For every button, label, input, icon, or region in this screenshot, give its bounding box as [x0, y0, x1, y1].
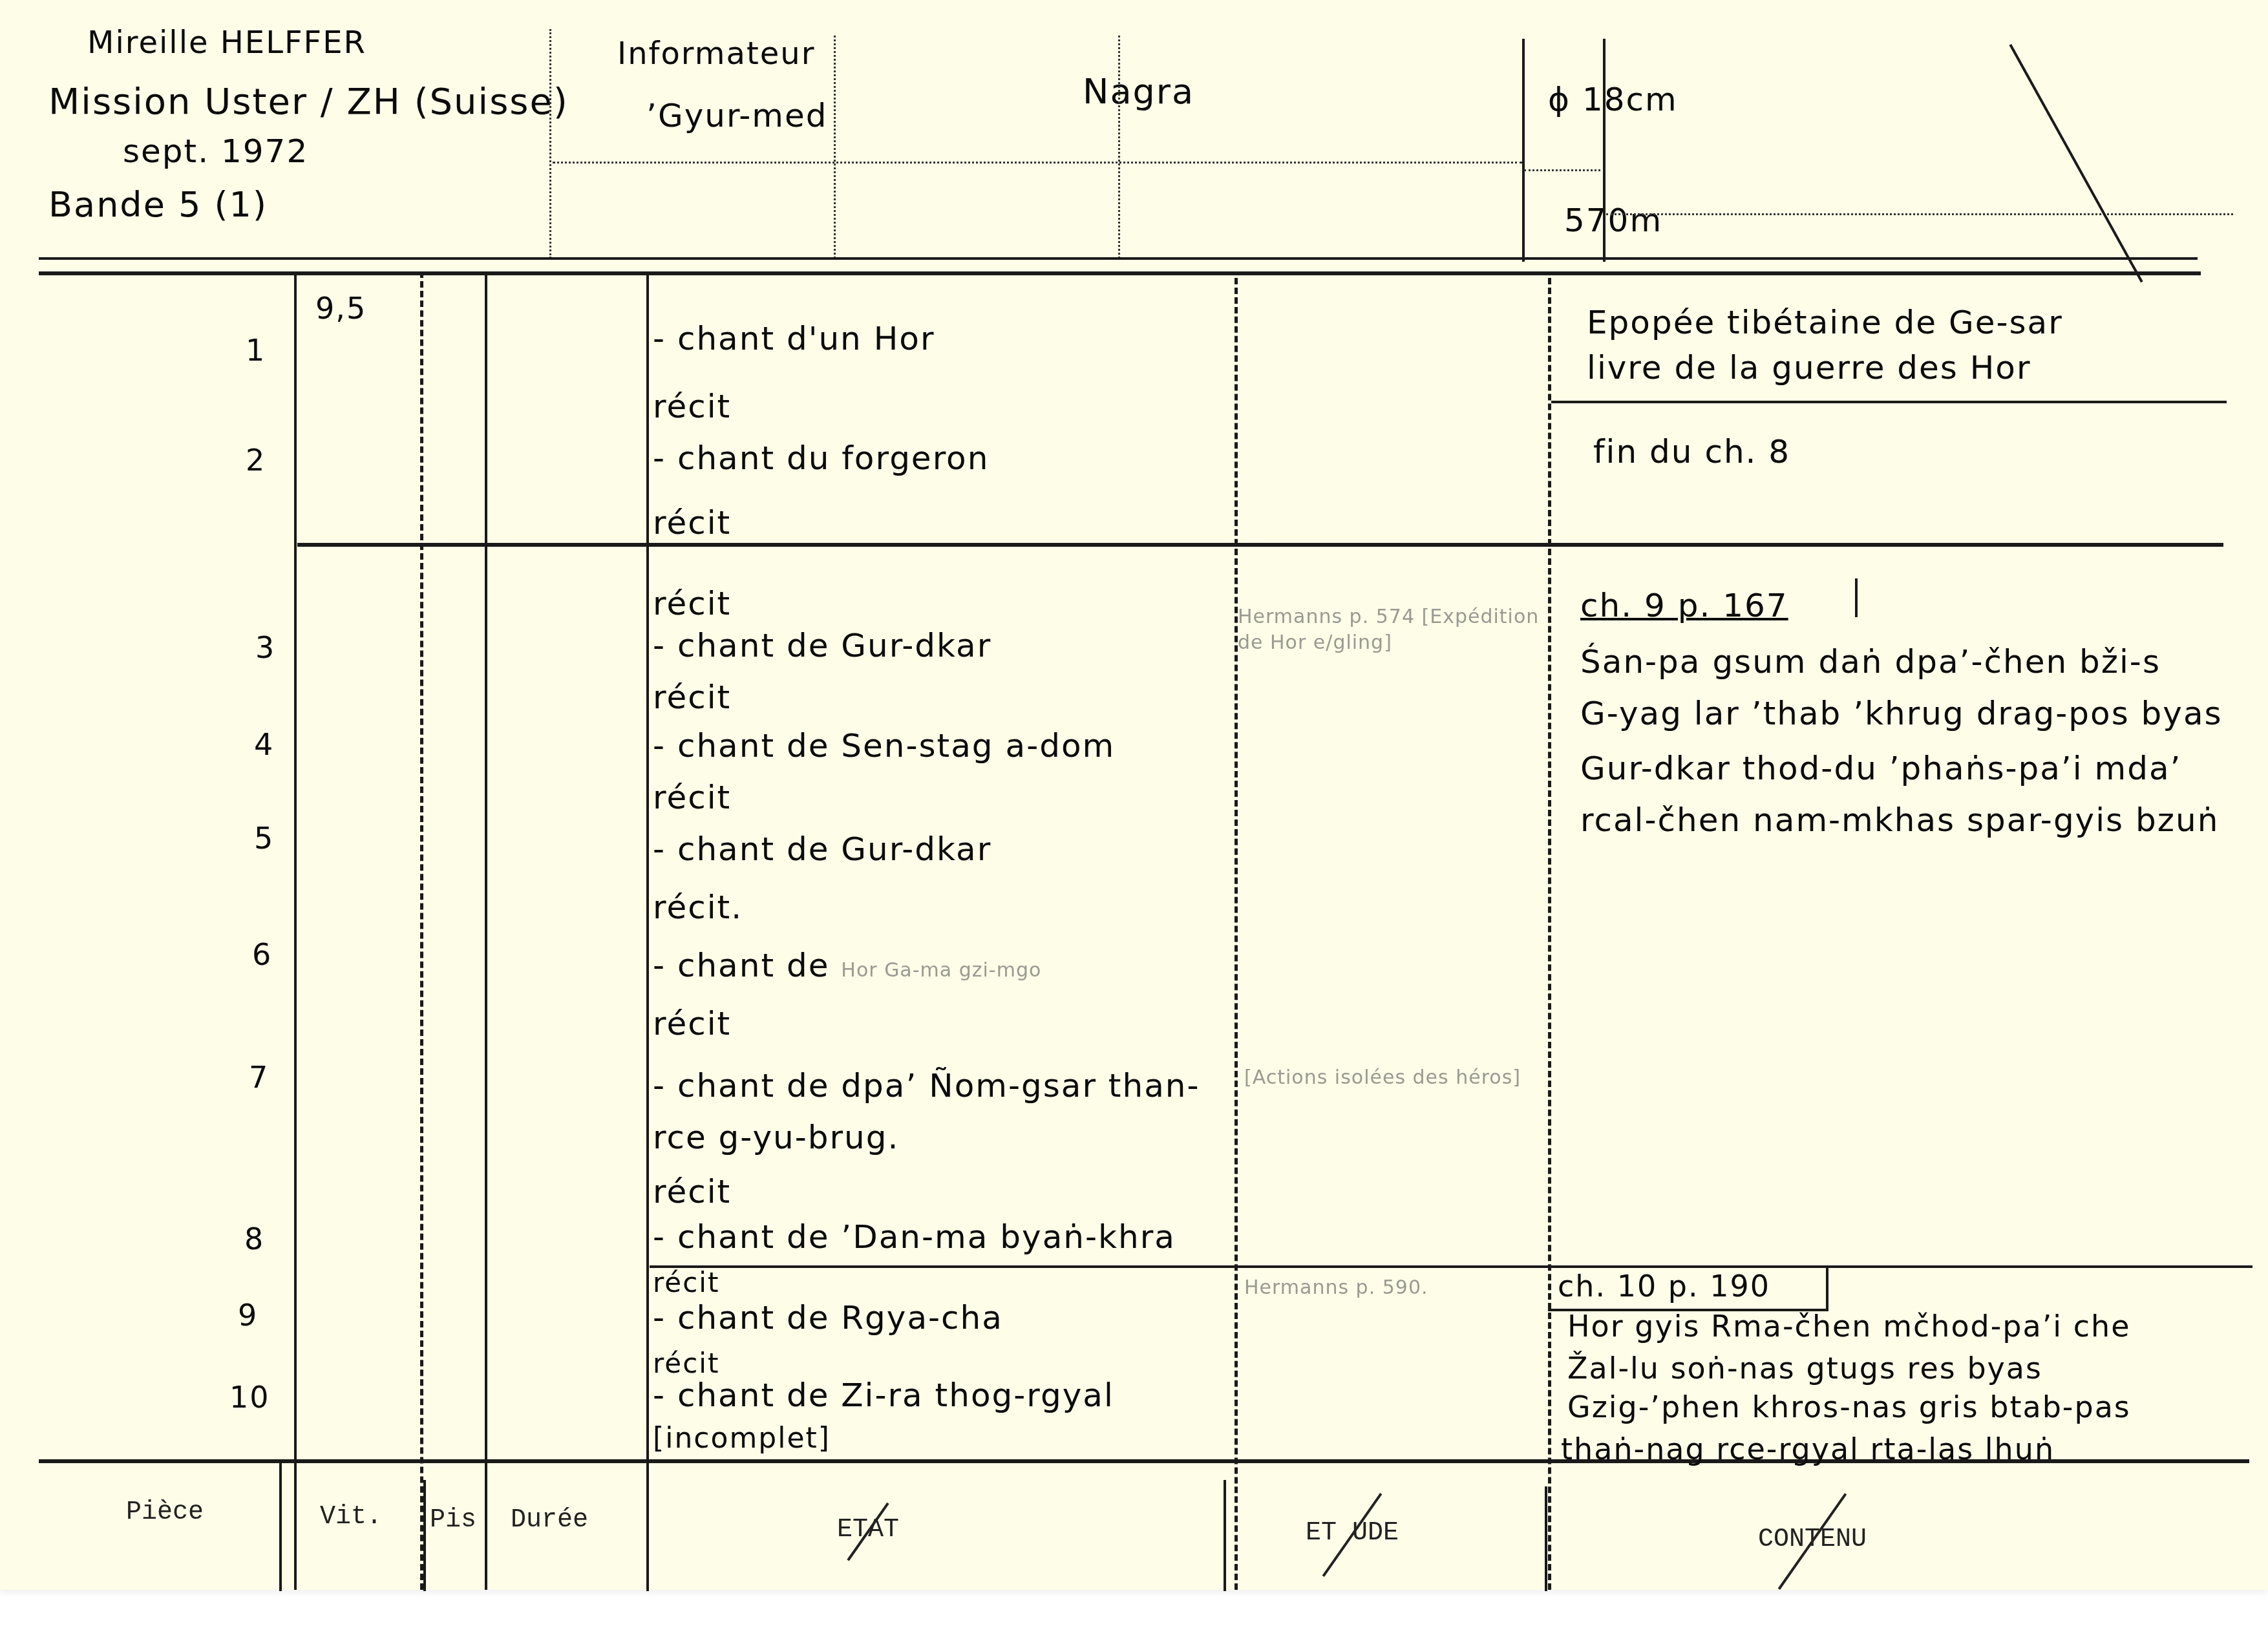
- informant-label: Informateur: [617, 36, 815, 72]
- contenu-line: G-yag lar ’thab ’khrug drag-pos byas: [1580, 695, 2223, 732]
- etat-line: - chant de Rgya-cha: [653, 1299, 1003, 1336]
- etat-line: récit: [653, 1347, 719, 1379]
- piece-number: 10: [229, 1380, 270, 1415]
- piece-number: 3: [255, 630, 275, 665]
- header-divider: [834, 36, 836, 259]
- contenu-line: Žal-lu soṅ-nas gtugs res byas: [1567, 1351, 2042, 1386]
- informant-name: ’Gyur-med: [646, 97, 828, 134]
- etat-line: - chant du forgeron: [653, 439, 989, 477]
- etat-line: - chant de Sen-stag a-dom: [653, 727, 1115, 765]
- footer-divider: [279, 1462, 282, 1591]
- etat-line: récit: [653, 679, 731, 716]
- footer-divider: [1545, 1486, 1547, 1591]
- contenu-line: Hor gyis Rma-čhen mčhod-pa’i che: [1567, 1309, 2131, 1344]
- chapter-reference: ch. 9 p. 167: [1580, 587, 1788, 624]
- header-divider: [549, 29, 551, 259]
- contenu-line: thaṅ-nag rce-rgyal rta-las lhuṅ: [1561, 1431, 2055, 1466]
- column-label-duree: Durée: [511, 1506, 588, 1535]
- study-note: Hermanns p. 590.: [1244, 1276, 1428, 1299]
- piece-number: 7: [249, 1060, 269, 1095]
- contenu-line: Gzig-’phen khros-nas gris btab-pas: [1567, 1389, 2131, 1424]
- etat-line: récit: [653, 1173, 731, 1210]
- recording-date: sept. 1972: [123, 132, 308, 170]
- piece-number: 9: [238, 1298, 258, 1333]
- contenu-line: Śan-pa gsum daṅ dpa’-čhen bži-s: [1580, 643, 2161, 681]
- reel-diameter: ϕ 18cm: [1548, 81, 1678, 118]
- header-bottom-rule: [39, 257, 2198, 260]
- section-rule: [650, 1265, 2252, 1268]
- column-label-speed: Vit.: [320, 1503, 382, 1532]
- tape-length: 570m: [1564, 202, 1662, 239]
- etat-line: - chant de Gur-dkar: [653, 830, 991, 868]
- chapter-box-edge: [1855, 578, 1858, 617]
- header-rule: [1524, 169, 1605, 171]
- recorder-model: Nagra: [1083, 71, 1194, 112]
- footer-divider: [1224, 1480, 1226, 1591]
- etat-line: - chant de ’Dan-ma byaṅ-khra: [653, 1218, 1176, 1256]
- etat-line: - chant de Hor Ga-ma gzi-mgo: [653, 947, 1041, 984]
- chapter-reference: ch. 10 p. 190: [1558, 1269, 1770, 1304]
- column-label-etude: ET UDE: [1306, 1519, 1399, 1548]
- archive-card: Mireille HELFFER Mission Uster / ZH (Sui…: [0, 0, 2268, 1590]
- footer-divider: [423, 1480, 426, 1591]
- header-rule: [1606, 213, 2233, 215]
- etat-line: récit: [653, 1267, 719, 1298]
- piece-number: 5: [254, 821, 274, 856]
- header-divider: [1522, 39, 1525, 262]
- etat-line-ink: - chant de: [653, 947, 841, 984]
- contenu-line: Gur-dkar thod-du ’phaṅs-pa’i mda’: [1580, 750, 2182, 787]
- etat-line: - chant d'un Hor: [653, 320, 935, 357]
- header-bottom-rule: [39, 271, 2201, 275]
- column-label-contenu: CONTENU: [1758, 1525, 1867, 1554]
- etat-line: - chant de Zi-ra thog-rgyal: [653, 1377, 1114, 1414]
- etat-line: récit: [653, 779, 731, 816]
- etat-line: - chant de dpa’ Ñom-gsar than-rce g-yu-b…: [653, 1060, 1235, 1163]
- footer-divider: [646, 1462, 649, 1591]
- etat-line: récit: [653, 504, 731, 542]
- study-note: [Actions isolées des héros]: [1244, 1066, 1521, 1089]
- etat-line: - chant de Gur-dkar: [653, 627, 991, 664]
- section-rule: [1551, 401, 2227, 403]
- etat-line: récit.: [653, 889, 743, 926]
- pencil-annotation: Hor Ga-ma gzi-mgo: [841, 959, 1041, 982]
- column-label-pis: Pis: [430, 1506, 476, 1535]
- column-divider: [1235, 278, 1238, 1590]
- column-divider: [294, 271, 297, 1590]
- corner-diagonal: [2009, 44, 2143, 282]
- etat-line: récit: [653, 1005, 731, 1042]
- column-divider: [1548, 278, 1551, 1590]
- section-rule: [297, 543, 2223, 547]
- mission-location: Mission Uster / ZH (Suisse): [48, 81, 569, 123]
- contenu-line: livre de la guerre des Hor: [1587, 349, 2031, 386]
- tape-number: Bande 5 (1): [48, 184, 268, 225]
- piece-number: 1: [246, 333, 266, 368]
- speed-value: 9,5: [315, 291, 366, 326]
- header-rule: [553, 162, 1522, 164]
- etat-line: récit: [653, 388, 731, 425]
- contenu-line: Epopée tibétaine de Ge-sar: [1587, 304, 2063, 341]
- header-divider: [1118, 36, 1120, 259]
- contenu-line: fin du ch. 8: [1593, 433, 1790, 470]
- column-divider: [420, 271, 423, 1590]
- author-name: Mireille HELFFER: [87, 25, 366, 61]
- header-divider: [1603, 39, 1606, 262]
- column-divider: [646, 271, 649, 1590]
- column-label-piece: Pièce: [126, 1498, 204, 1527]
- etat-line: récit: [653, 585, 731, 622]
- etat-line: [incomplet]: [653, 1422, 831, 1455]
- study-note: Hermanns p. 574 [Expédition de Hor e/gli…: [1238, 604, 1542, 656]
- piece-number: 6: [252, 937, 272, 972]
- contenu-line: rcal-čhen nam-mkhas spar-gyis bzuṅ: [1580, 801, 2219, 839]
- piece-number: 8: [244, 1221, 264, 1256]
- column-divider: [485, 271, 487, 1590]
- piece-number: 4: [254, 727, 274, 762]
- column-label-etat: ETAT: [837, 1516, 899, 1545]
- piece-number: 2: [246, 443, 266, 478]
